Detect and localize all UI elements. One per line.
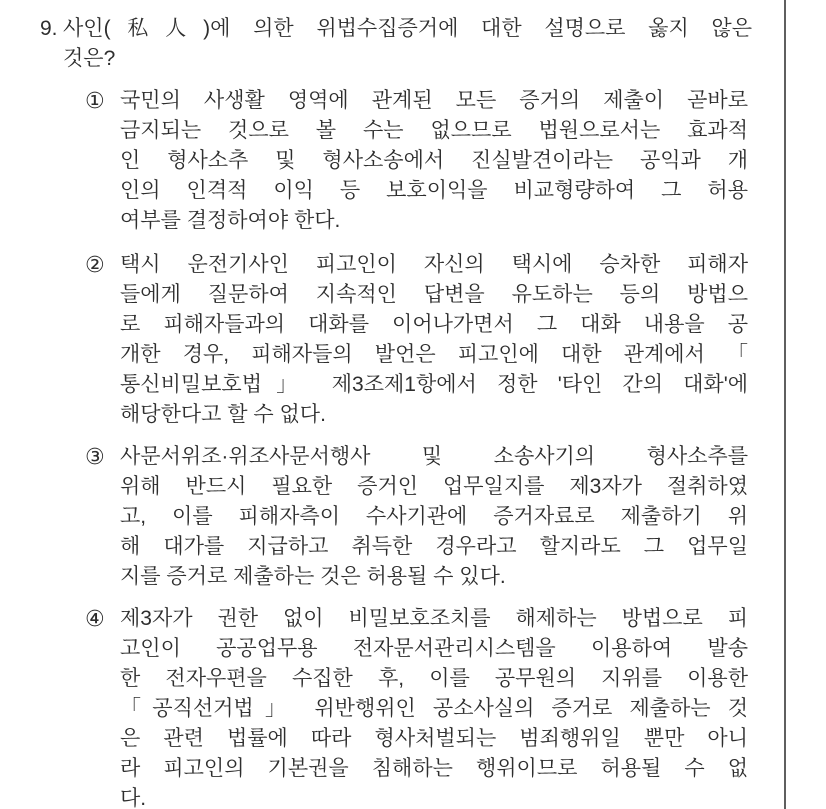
option-line: 택시 운전기사인 피고인이 자신의 택시에 승차한 피해자 [120, 250, 748, 280]
option-line: 해당한다고 할 수 없다. [120, 400, 748, 430]
option-line: 다. [120, 784, 748, 809]
option-line: 은 관련 법률에 따라 형사처벌되는 범죄행위일 뿐만 아니 [120, 724, 748, 754]
option-line: 사문서위조·위조사문서행사 및 소송사기의 형사소추를 [120, 442, 748, 472]
option-1: ① 국민의 사생활 영역에 관계된 모든 증거의 제출이 곧바로 금지되는 것으… [85, 86, 826, 236]
question-number: 9. [40, 14, 63, 44]
option-line: 라 피고인의 기본권을 침해하는 행위이므로 허용될 수 없 [120, 754, 748, 784]
question-line: 것은? [63, 44, 752, 74]
option-line: 로 피해자들과의 대화를 이어나가면서 그 대화 내용을 공 [120, 310, 748, 340]
option-line: 고, 이를 피해자측이 수사기관에 증거자료로 제출하기 위 [120, 502, 748, 532]
option-line: 여부를 결정하여야 한다. [120, 206, 748, 236]
column-divider [784, 0, 786, 809]
option-1-text: 국민의 사생활 영역에 관계된 모든 증거의 제출이 곧바로 금지되는 것으로 … [120, 86, 748, 236]
option-line: 위해 반드시 필요한 증거인 업무일지를 제3자가 절취하였 [120, 472, 748, 502]
option-line: 개한 경우, 피해자들의 발언은 피고인에 대한 관계에서 「 [120, 340, 748, 370]
question-line: 사인(私人)에 의한 위법수집증거에 대한 설명으로 옳지 않은 [63, 14, 752, 44]
option-4-marker: ④ [85, 604, 120, 634]
option-line: 지를 증거로 제출하는 것은 허용될 수 있다. [120, 562, 748, 592]
option-line: 금지되는 것으로 볼 수는 없으므로 법원으로서는 효과적 [120, 116, 748, 146]
option-line: 해 대가를 지급하고 취득한 경우라고 할지라도 그 업무일 [120, 532, 748, 562]
option-line: 한 전자우편을 수집한 후, 이를 공무원의 지위를 이용한 [120, 664, 748, 694]
question-9: 9. 사인(私人)에 의한 위법수집증거에 대한 설명으로 옳지 않은 것은? … [0, 0, 826, 809]
option-line: 「공직선거법」 위반행위인 공소사실의 증거로 제출하는 것 [120, 694, 748, 724]
option-line: 제3자가 권한 없이 비밀보호조치를 해제하는 방법으로 피 [120, 604, 748, 634]
option-2-marker: ② [85, 250, 120, 280]
option-2-text: 택시 운전기사인 피고인이 자신의 택시에 승차한 피해자 들에게 질문하여 지… [120, 250, 748, 430]
option-4: ④ 제3자가 권한 없이 비밀보호조치를 해제하는 방법으로 피 고인이 공공업… [85, 604, 826, 809]
option-line: 고인이 공공업무용 전자문서관리시스템을 이용하여 발송 [120, 634, 748, 664]
option-line: 통신비밀보호법」 제3조제1항에서 정한 '타인 간의 대화'에 [120, 370, 748, 400]
option-3-marker: ③ [85, 442, 120, 472]
option-line: 인 형사소추 및 형사소송에서 진실발견이라는 공익과 개 [120, 146, 748, 176]
option-2: ② 택시 운전기사인 피고인이 자신의 택시에 승차한 피해자 들에게 질문하여… [85, 250, 826, 430]
question-text: 사인(私人)에 의한 위법수집증거에 대한 설명으로 옳지 않은 것은? [63, 14, 752, 74]
option-3: ③ 사문서위조·위조사문서행사 및 소송사기의 형사소추를 위해 반드시 필요한… [85, 442, 826, 592]
option-1-marker: ① [85, 86, 120, 116]
option-4-text: 제3자가 권한 없이 비밀보호조치를 해제하는 방법으로 피 고인이 공공업무용… [120, 604, 748, 809]
question-stem: 9. 사인(私人)에 의한 위법수집증거에 대한 설명으로 옳지 않은 것은? [40, 14, 826, 74]
exam-page: 9. 사인(私人)에 의한 위법수집증거에 대한 설명으로 옳지 않은 것은? … [0, 0, 826, 809]
option-line: 들에게 질문하여 지속적인 답변을 유도하는 등의 방법으 [120, 280, 748, 310]
option-line: 인의 인격적 이익 등 보호이익을 비교형량하여 그 허용 [120, 176, 748, 206]
option-3-text: 사문서위조·위조사문서행사 및 소송사기의 형사소추를 위해 반드시 필요한 증… [120, 442, 748, 592]
option-line: 국민의 사생활 영역에 관계된 모든 증거의 제출이 곧바로 [120, 86, 748, 116]
